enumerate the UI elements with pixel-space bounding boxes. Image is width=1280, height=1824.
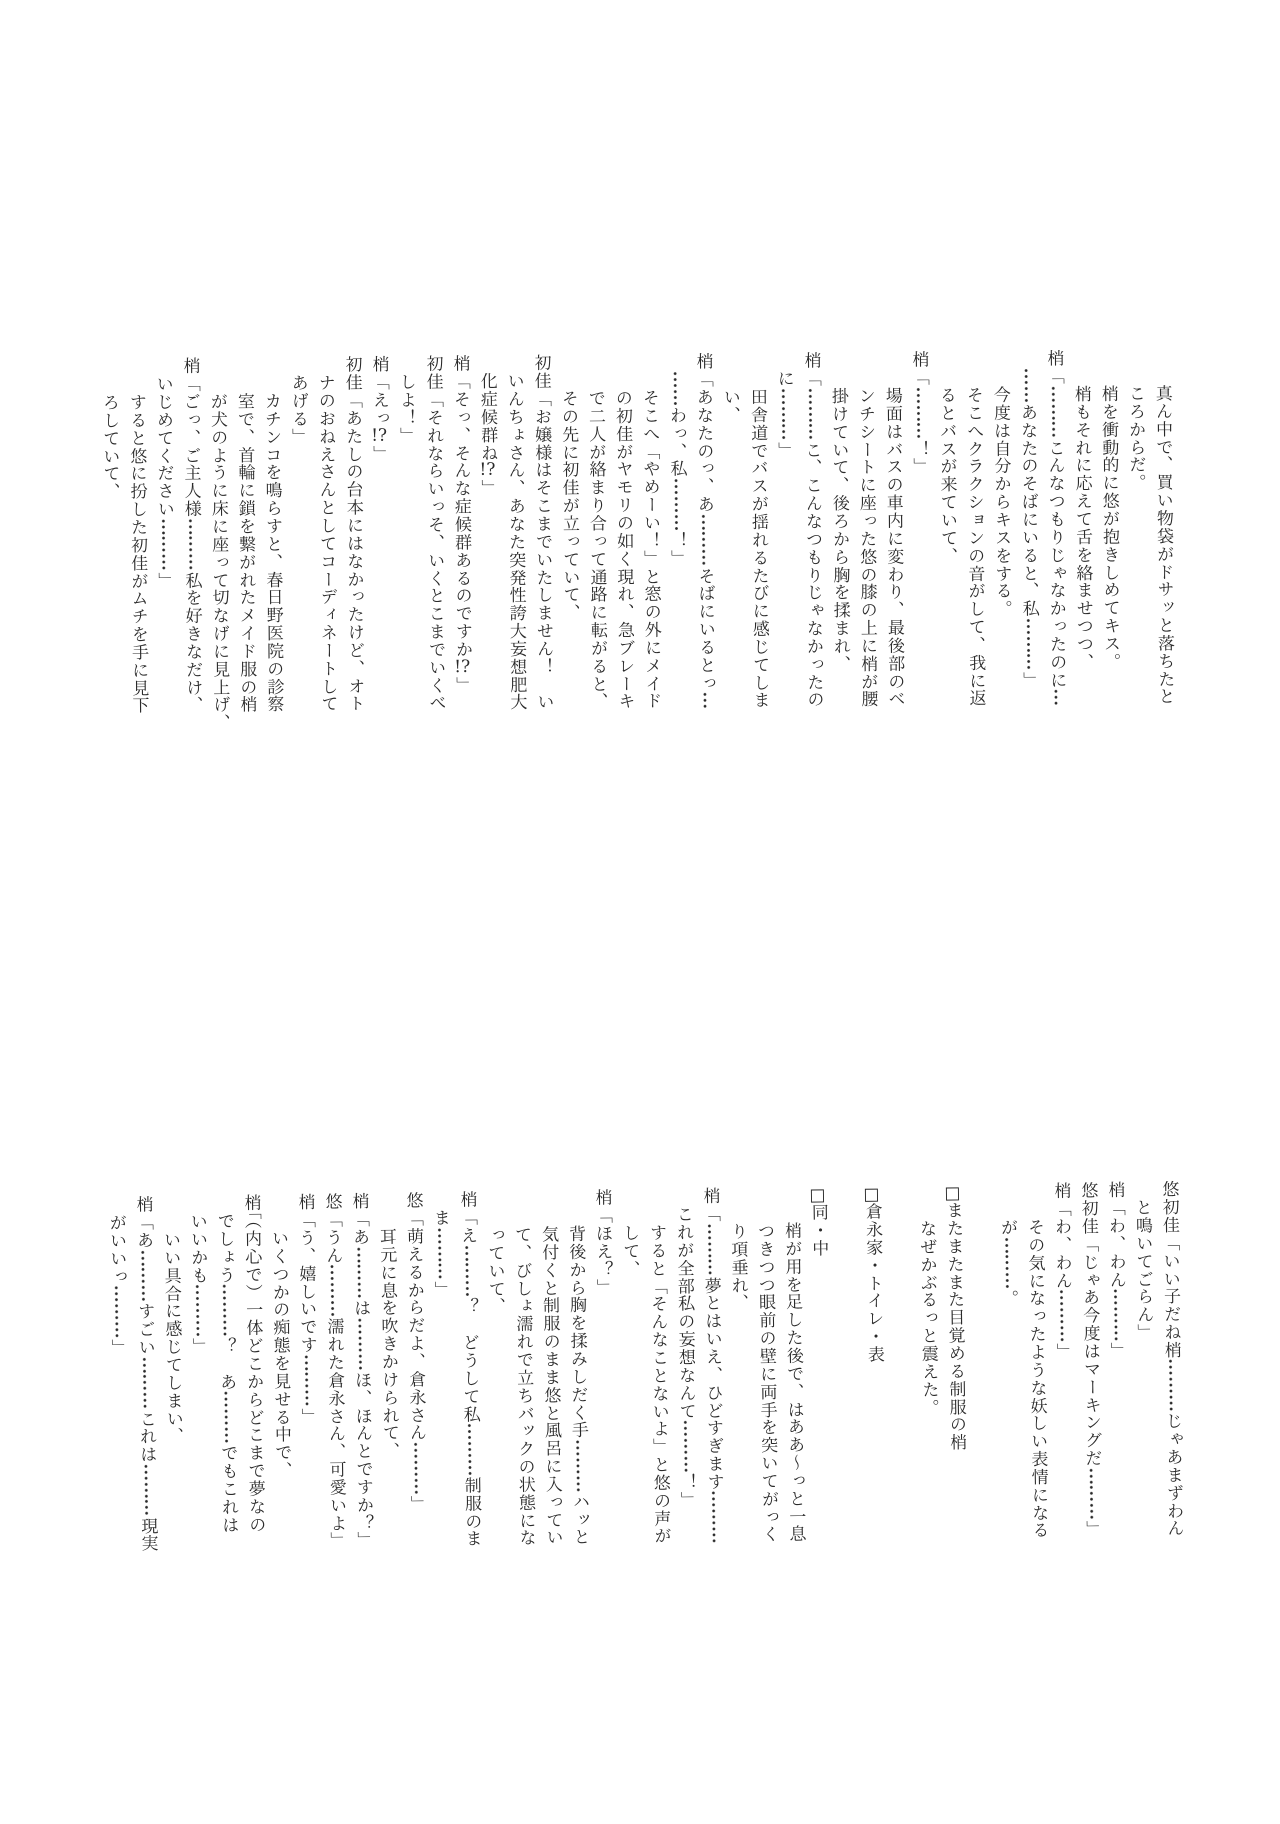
glyph-cell: 倉	[320, 1370, 347, 1388]
glyph-cell: …	[184, 1319, 211, 1337]
narration-text: 真ん中で、買い物袋がドサッと落ちたと	[1147, 384, 1177, 705]
glyph-cell: え	[1067, 492, 1094, 510]
glyph-cell: 」	[663, 549, 690, 567]
glyph-cell: ら	[419, 462, 446, 480]
glyph-cell: 中	[266, 1425, 293, 1443]
glyph-cell: ー	[312, 570, 339, 588]
glyph-cell: し	[311, 516, 338, 534]
glyph-cell: こ	[238, 1354, 265, 1372]
glyph-cell: …	[905, 422, 932, 440]
glyph-cell: る	[583, 657, 610, 675]
glyph-cell: 」	[448, 676, 475, 694]
glyph-cell: と	[583, 674, 610, 692]
glyph-cell: ナ	[310, 373, 337, 391]
glyph-cell: 車	[878, 493, 905, 511]
narration-text: カチンコを鳴らすと、春日野医院の診察	[256, 392, 286, 713]
glyph-cell: の	[645, 1490, 672, 1508]
glyph-cell: く	[534, 1260, 561, 1278]
glyph-cell: 、	[662, 442, 689, 460]
narration-line: い、	[715, 352, 743, 424]
glyph-cell: る	[912, 1290, 939, 1308]
glyph-cell: せ	[266, 1389, 293, 1407]
glyph-cell: に	[204, 642, 231, 660]
glyph-cell: な	[911, 1219, 938, 1237]
glyph-cell: か	[399, 1280, 426, 1298]
glyph-cell: あ	[447, 551, 474, 569]
dialogue-continuation-line: ま………」	[425, 1190, 454, 1297]
glyph-cell: ば	[1013, 492, 1040, 510]
glyph-cell: わ	[1046, 1217, 1073, 1235]
glyph-cell: た	[339, 605, 366, 623]
glyph-cell: ぜ	[912, 1237, 939, 1255]
glyph-cell: 度	[985, 403, 1012, 421]
glyph-cell: え	[697, 1347, 724, 1365]
dialogue-continuation-line: これが全部私の妄想なんて………！」	[668, 1187, 700, 1509]
glyph-cell: て	[1095, 599, 1122, 617]
glyph-cell: 、	[500, 479, 527, 497]
glyph-cell: 人	[581, 425, 608, 443]
glyph-cell: 」	[184, 1337, 211, 1355]
glyph-cell: ん	[446, 461, 473, 479]
glyph-cell: （	[236, 1220, 263, 1229]
glyph-cell: こ	[213, 1479, 240, 1497]
glyph-cell: れ	[825, 637, 852, 655]
glyph-cell: オ	[340, 677, 367, 695]
glyph-cell: 梢	[776, 1221, 803, 1239]
glyph-cell: ？	[349, 1513, 376, 1531]
glyph-cell: 絡	[1068, 563, 1095, 581]
glyph-cell: 梢	[1046, 1181, 1073, 1199]
glyph-cell: 佳	[123, 554, 150, 572]
glyph-cell: レ	[859, 1309, 886, 1327]
glyph-cell: …	[456, 1458, 483, 1476]
glyph-cell: 、	[723, 1293, 750, 1311]
glyph-cell: の	[310, 391, 337, 409]
glyph-cell: イ	[858, 1291, 885, 1309]
glyph-cell: …	[345, 1263, 372, 1281]
glyph-cell: 用	[777, 1256, 804, 1274]
glyph-cell: …	[129, 1284, 156, 1302]
glyph-cell: …	[318, 1299, 345, 1317]
glyph-cell: 梢	[1066, 385, 1093, 403]
glyph-cell: 、	[1101, 1234, 1128, 1252]
dialogue-text: 「ほえ？」	[587, 1206, 615, 1296]
dialogue-continuation-line: と鳴いてごらん」	[1127, 1180, 1156, 1341]
glyph-cell: …	[1156, 1358, 1183, 1376]
glyph-cell: 床	[203, 499, 230, 517]
glyph-cell: 立	[554, 514, 581, 532]
glyph-cell: バ	[743, 459, 770, 477]
glyph-cell: 日	[258, 588, 285, 606]
glyph-cell: が	[1094, 509, 1121, 527]
glyph-cell: っ	[913, 1308, 940, 1326]
dialogue-text: がいいっ………」	[101, 1213, 130, 1356]
glyph-cell: …	[689, 513, 716, 531]
glyph-cell: ん	[1040, 456, 1067, 474]
glyph-cell: に	[1013, 510, 1040, 528]
glyph-cell: こ	[1040, 438, 1067, 456]
glyph-cell: よ	[203, 446, 230, 464]
glyph-cell: あ	[688, 388, 715, 406]
glyph-cell: の	[203, 428, 230, 446]
glyph-cell: よ	[391, 391, 418, 409]
glyph-cell: る	[121, 411, 148, 429]
glyph-cell: ス	[1095, 634, 1122, 652]
dialogue-text: 「それならいっそ、いくとこまでいくべ	[418, 390, 448, 711]
speaker-name: 悠初佳	[1073, 1181, 1101, 1235]
glyph-cell: よ	[400, 1333, 427, 1351]
narration-text: 梢が用を足した後で、はああ〜っと一息	[776, 1221, 808, 1543]
glyph-cell: っ	[479, 1225, 506, 1243]
glyph-cell: 家	[858, 1237, 885, 1255]
glyph-cell: な	[240, 1496, 267, 1514]
glyph-cell: …	[132, 1498, 159, 1516]
glyph-cell: レ	[610, 656, 637, 674]
glyph-cell: あ	[128, 1230, 155, 1248]
glyph-cell: い	[155, 1230, 182, 1248]
glyph-cell: こ	[643, 1348, 670, 1366]
glyph-cell: の	[689, 442, 716, 460]
glyph-cell: し	[391, 373, 418, 391]
glyph-cell: つ	[750, 1257, 777, 1275]
dialogue-text: 「あ………は………ほ、ほんとですか？」	[344, 1209, 376, 1548]
glyph-cell: 呂	[537, 1439, 564, 1457]
glyph-cell: 萌	[398, 1226, 425, 1244]
glyph-cell: か	[912, 1254, 939, 1272]
glyph-cell: 現	[133, 1516, 160, 1534]
dialogue-text: 「わ、わん………」	[1046, 1199, 1075, 1360]
glyph-cell: …	[796, 405, 823, 423]
glyph-cell: り	[722, 1222, 749, 1240]
glyph-cell: と	[913, 1326, 940, 1344]
glyph-cell: 買	[1148, 473, 1175, 491]
glyph-cell: な	[500, 515, 527, 533]
glyph-cell: キ	[986, 510, 1013, 528]
glyph-cell: す	[447, 622, 474, 640]
glyph-cell: も	[213, 1461, 240, 1479]
glyph-cell: 佳	[1073, 1216, 1100, 1234]
glyph-cell: 、	[715, 406, 742, 424]
glyph-cell: こ	[668, 1205, 695, 1223]
glyph-cell: で	[237, 1264, 264, 1282]
glyph-cell: 佳	[608, 424, 635, 442]
glyph-cell: を	[230, 517, 257, 535]
glyph-cell: キ	[1076, 1395, 1103, 1413]
glyph-cell: 部	[669, 1276, 696, 1294]
glyph-cell: ま	[939, 1236, 966, 1254]
narration-text: 掛けていて、後ろから胸を揉まれ、	[823, 387, 852, 673]
glyph-cell: ブ	[609, 638, 636, 656]
glyph-cell: さ	[149, 482, 176, 500]
glyph-cell: 鎖	[230, 499, 257, 517]
glyph-cell: い	[419, 480, 446, 498]
glyph-cell: 梢	[344, 1192, 371, 1210]
glyph-cell: 大	[502, 693, 529, 711]
glyph-cell: ！	[529, 657, 556, 675]
glyph-cell: 舌	[1067, 527, 1094, 545]
glyph-cell: ョ	[959, 511, 986, 529]
glyph-cell: チ	[256, 410, 283, 428]
glyph-cell: 目	[940, 1308, 967, 1326]
glyph-cell: た	[851, 529, 878, 547]
glyph-cell: の	[338, 462, 365, 480]
glyph-cell: 、	[583, 692, 610, 710]
glyph-cell: わ	[1047, 1252, 1074, 1270]
glyph-cell: 梢	[175, 357, 202, 375]
glyph-cell: が	[753, 1489, 780, 1507]
glyph-cell: て	[671, 1401, 698, 1419]
glyph-cell: 、	[375, 1441, 402, 1459]
glyph-cell: ん	[528, 639, 555, 657]
glyph-cell: …	[456, 1440, 483, 1458]
glyph-cell: イ	[231, 624, 258, 642]
glyph-cell: が	[582, 639, 609, 657]
dialogue-continuation-line: がいいっ………」	[101, 1195, 130, 1356]
glyph-cell: 窓	[636, 585, 663, 603]
glyph-cell: 「	[904, 368, 931, 386]
glyph-cell: 揉	[562, 1331, 589, 1349]
glyph-cell: ろ	[824, 512, 851, 530]
glyph-cell: …	[212, 1408, 239, 1426]
glyph-cell: 「	[642, 1276, 669, 1294]
glyph-cell: ち	[499, 407, 526, 425]
glyph-cell: 、	[826, 654, 853, 672]
glyph-cell: を	[1068, 545, 1095, 563]
glyph-cell: と	[642, 1258, 669, 1276]
glyph-cell: …	[769, 387, 796, 405]
glyph-cell: つ	[797, 530, 824, 548]
glyph-cell: 手	[752, 1400, 779, 1418]
glyph-cell: 梢	[452, 1190, 479, 1208]
glyph-cell: 具	[156, 1266, 183, 1284]
glyph-cell: …	[689, 531, 716, 549]
glyph-cell: て	[1067, 510, 1094, 528]
glyph-cell: か	[239, 1372, 266, 1390]
glyph-cell: 佳	[554, 478, 581, 496]
glyph-cell: く	[421, 676, 448, 694]
glyph-cell: …	[797, 423, 824, 441]
glyph-cell: …	[671, 1419, 698, 1437]
glyph-cell: さ	[320, 1406, 347, 1424]
glyph-cell: 想	[670, 1347, 697, 1365]
glyph-cell: を	[987, 546, 1014, 564]
glyph-cell: あ	[212, 1372, 239, 1390]
glyph-cell: る	[399, 1262, 426, 1280]
glyph-cell: の	[241, 1514, 268, 1532]
glyph-cell: ご	[130, 1320, 157, 1338]
glyph-cell: か	[561, 1260, 588, 1278]
glyph-cell: 、	[879, 600, 906, 618]
glyph-cell: 「	[635, 442, 662, 460]
glyph-cell: で	[778, 1364, 805, 1382]
dialogue-line: 梢「………！」	[904, 350, 932, 475]
glyph-cell: ！	[672, 1472, 699, 1490]
glyph-cell: 梢	[128, 1195, 155, 1213]
glyph-cell: い	[1155, 1251, 1182, 1269]
glyph-cell: 好	[177, 607, 204, 625]
glyph-cell: て	[95, 465, 122, 483]
glyph-cell: ほ	[587, 1224, 614, 1242]
glyph-cell: 主	[176, 464, 203, 482]
glyph-cell: に	[1042, 670, 1069, 688]
glyph-cell: た	[122, 518, 149, 536]
glyph-cell: 前	[751, 1310, 778, 1328]
dialogue-line: 梢「………こ、こんなつもりじゃなかったの	[796, 351, 826, 708]
glyph-cell: う	[454, 1350, 481, 1368]
glyph-cell: 悠	[1094, 492, 1121, 510]
glyph-cell: に	[582, 603, 609, 621]
glyph-cell: 症	[472, 390, 499, 408]
narration-line: 場面はバスの車内に変わり、最後部のベ	[877, 351, 907, 708]
glyph-cell: …	[796, 387, 823, 405]
dialogue-text: これが全部私の妄想なんて………！」	[668, 1205, 699, 1509]
glyph-cell: デ	[312, 588, 339, 606]
glyph-cell: 「	[445, 372, 472, 390]
glyph-cell: 繋	[231, 535, 258, 553]
glyph-cell: ん	[500, 461, 527, 479]
glyph-cell: つ	[1068, 634, 1095, 652]
glyph-cell: る	[744, 548, 771, 566]
narration-text: 背後から胸を揉みしだく手………ハッと	[560, 1224, 592, 1546]
glyph-cell: れ	[743, 530, 770, 548]
speaker-name: 梢	[344, 1192, 371, 1210]
glyph-cell: 我	[961, 653, 988, 671]
glyph-cell: へ	[959, 421, 986, 439]
glyph-cell: ー	[1076, 1377, 1103, 1395]
glyph-cell: 私	[177, 571, 204, 589]
glyph-cell: リ	[608, 496, 635, 514]
glyph-cell: と	[1014, 564, 1041, 582]
glyph-cell: 初	[1073, 1199, 1100, 1217]
dialogue-line: 悠「萌えるからだよ、倉永さん………」	[398, 1191, 430, 1513]
glyph-cell: り	[798, 565, 825, 583]
glyph-cell: 梢	[942, 1432, 969, 1450]
glyph-cell: が	[777, 1239, 804, 1257]
glyph-cell: コ	[257, 445, 284, 463]
glyph-cell: バ	[932, 422, 959, 440]
narration-line: して、	[614, 1188, 642, 1278]
glyph-cell: と	[1127, 1198, 1154, 1216]
speaker-name: 梢	[688, 352, 715, 370]
glyph-cell: …	[212, 1425, 239, 1443]
glyph-cell: …	[292, 1353, 319, 1371]
glyph-cell: っ	[799, 655, 826, 673]
glyph-cell: う	[1021, 1360, 1048, 1378]
dialogue-text: 「え………？ どうして私………制服のま	[452, 1208, 484, 1547]
glyph-cell: 」	[1048, 1342, 1075, 1360]
glyph-cell: あ	[689, 495, 716, 513]
narration-text: っていて、	[479, 1225, 507, 1315]
narration-text: そこへクラクションの音がして、我に返	[958, 386, 988, 707]
glyph-cell: と	[536, 1403, 563, 1421]
narration-text: が………。	[992, 1218, 1020, 1308]
glyph-cell: し	[455, 1368, 482, 1386]
glyph-cell: ど	[339, 641, 366, 659]
glyph-cell: に	[372, 1262, 399, 1280]
glyph-cell: お	[310, 409, 337, 427]
narration-line: いくつかの痴態を見せる中で、	[263, 1193, 294, 1479]
glyph-cell: 面	[877, 404, 904, 422]
glyph-cell: 様	[527, 443, 554, 461]
glyph-cell: る	[1014, 546, 1041, 564]
glyph-cell: 情	[1023, 1467, 1050, 1485]
glyph-cell: キ	[1095, 616, 1122, 634]
glyph-cell: 私	[669, 1294, 696, 1312]
glyph-cell: は	[878, 422, 905, 440]
glyph-cell: …	[1048, 1324, 1075, 1342]
glyph-cell: 」	[473, 479, 500, 497]
glyph-cell: に	[690, 602, 717, 620]
dialogue-continuation-line: でしょう………？ あ………でもこれは	[209, 1194, 241, 1533]
glyph-cell: と	[565, 1527, 592, 1545]
glyph-cell: 、	[158, 1426, 185, 1444]
glyph-cell: ヤ	[608, 460, 635, 478]
glyph-cell: 想	[502, 657, 529, 675]
glyph-cell: 「	[364, 373, 391, 391]
glyph-cell: 梢	[232, 695, 259, 713]
glyph-cell: い	[156, 1248, 183, 1266]
glyph-cell: ど	[239, 1407, 266, 1425]
glyph-cell: た	[501, 532, 528, 550]
glyph-cell: の	[553, 407, 580, 425]
glyph-cell: 制	[941, 1379, 968, 1397]
glyph-cell: れ	[319, 1335, 346, 1353]
glyph-cell: 気	[1020, 1253, 1047, 1271]
glyph-cell: …	[183, 1283, 210, 1301]
narration-line: ころからだ。	[1120, 349, 1148, 492]
narration-line: ンチシートに座った悠の膝の上に梢が腰	[850, 351, 880, 708]
glyph-cell: ゃ	[798, 601, 825, 619]
dialogue-continuation-line: いじめてください………」	[148, 357, 177, 589]
glyph-cell: い	[499, 372, 526, 390]
glyph-cell: 」	[284, 427, 311, 445]
glyph-cell: …	[1040, 421, 1067, 439]
glyph-cell: し	[209, 1229, 236, 1247]
glyph-cell: じ	[157, 1337, 184, 1355]
glyph-cell: ・	[803, 1220, 830, 1238]
glyph-cell: ま	[457, 1529, 484, 1547]
glyph-cell: 妄	[501, 639, 528, 657]
glyph-cell: こ	[634, 406, 661, 424]
glyph-cell: て	[932, 529, 959, 547]
narration-text: ころからだ。	[1120, 384, 1148, 491]
glyph-cell: わ	[879, 565, 906, 583]
glyph-cell: 、	[689, 477, 716, 495]
glyph-cell: 」	[770, 441, 797, 459]
glyph-cell: 察	[259, 695, 286, 713]
glyph-cell: …	[210, 1301, 237, 1319]
glyph-cell: !?	[365, 426, 392, 444]
glyph-cell: の	[232, 677, 259, 695]
narration-line: るとバスが来ていて、	[931, 350, 960, 564]
glyph-cell: を	[257, 463, 284, 481]
glyph-cell: に	[744, 602, 771, 620]
glyph-cell: ぎ	[699, 1436, 726, 1454]
glyph-cell: チ	[850, 404, 877, 422]
glyph-cell: □	[938, 1183, 965, 1201]
glyph-cell: ー	[610, 674, 637, 692]
glyph-cell: 妖	[1022, 1396, 1049, 1414]
glyph-cell: 」	[1102, 1341, 1129, 1359]
glyph-cell: 田	[742, 388, 769, 406]
glyph-cell: ！	[905, 440, 932, 458]
glyph-cell: か	[373, 1352, 400, 1370]
glyph-cell: こ	[239, 1425, 266, 1443]
glyph-cell: り	[879, 583, 906, 601]
glyph-cell: ド	[637, 692, 664, 710]
narration-text: すると悠に扮した初佳がムチを手に見下	[121, 393, 151, 714]
dialogue-line: 初佳「あたしの台本にはなかったけど、オト	[337, 355, 367, 712]
